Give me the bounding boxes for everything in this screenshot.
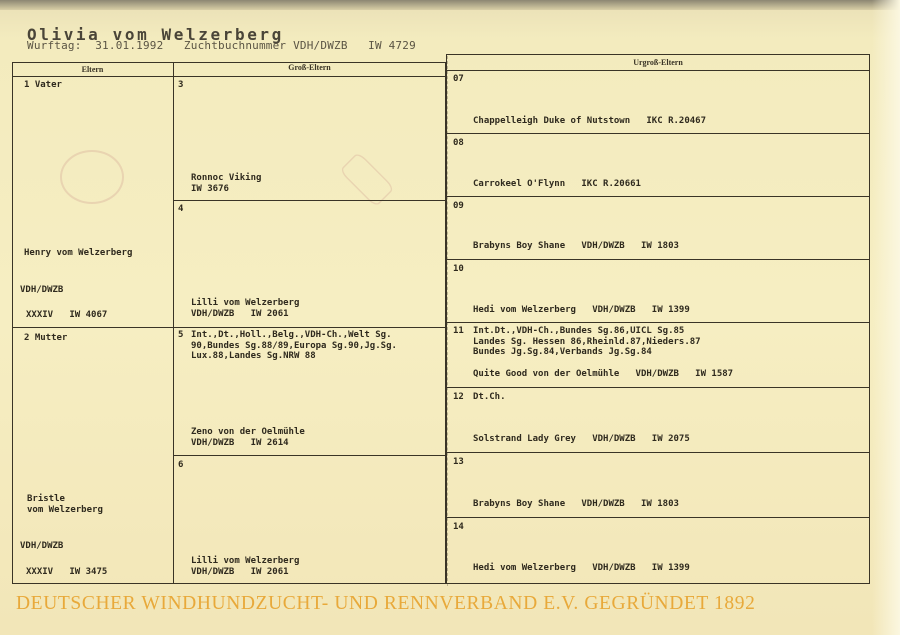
header-great-grandparents: Urgroß-Eltern bbox=[446, 58, 870, 67]
great-grandparent-name: Brabyns Boy Shane VDH/DWZB IW 1803 bbox=[473, 241, 679, 252]
great-grandparent-titles: Dt.Ch. bbox=[473, 392, 506, 403]
scan-top-edge bbox=[0, 0, 900, 10]
grandparent-num: 3 bbox=[178, 80, 183, 91]
parent-registry: VDH/DWZB bbox=[20, 541, 63, 552]
row-divider bbox=[446, 517, 870, 518]
grandparent-name: Ronnoc Viking IW 3676 bbox=[191, 173, 261, 194]
row-divider bbox=[446, 387, 870, 388]
great-grandparent-name: Quite Good von der Oelmühle VDH/DWZB IW … bbox=[473, 369, 733, 380]
great-grandparent-name: Hedi vom Welzerberg VDH/DWZB IW 1399 bbox=[473, 563, 690, 574]
great-grandparent-num: 13 bbox=[453, 457, 464, 468]
great-grandparent-num: 11 bbox=[453, 326, 464, 337]
association-footer: DEUTSCHER WINDHUNDZUCHT- UND RENNVERBAND… bbox=[16, 593, 755, 615]
great-grandparent-name: Solstrand Lady Grey VDH/DWZB IW 2075 bbox=[473, 434, 690, 445]
row-divider bbox=[446, 259, 870, 260]
litter-date-studbook: Wurftag: 31.01.1992 Zuchtbuchnummer VDH/… bbox=[27, 39, 416, 52]
grandparent-num: 6 bbox=[178, 460, 183, 471]
row-divider bbox=[446, 452, 870, 453]
great-grandparent-name: Hedi vom Welzerberg VDH/DWZB IW 1399 bbox=[473, 305, 690, 316]
great-grandparent-num: 12 bbox=[453, 392, 464, 403]
parent-name: Henry vom Welzerberg bbox=[24, 248, 132, 259]
parent-label: 1 Vater bbox=[24, 80, 62, 91]
header-divider bbox=[12, 76, 446, 77]
row-divider bbox=[446, 196, 870, 197]
row-divider bbox=[446, 322, 870, 323]
row-divider bbox=[12, 327, 446, 328]
great-grandparent-num: 10 bbox=[453, 264, 464, 275]
parent-name: Bristle vom Welzerberg bbox=[27, 494, 103, 515]
row-divider bbox=[173, 200, 446, 201]
great-grandparent-name: Brabyns Boy Shane VDH/DWZB IW 1803 bbox=[473, 499, 679, 510]
great-grandparent-name: Carrokeel O'Flynn IKC R.20661 bbox=[473, 179, 641, 190]
great-grandparent-num: 09 bbox=[453, 201, 464, 212]
col-divider bbox=[173, 62, 174, 584]
row-divider bbox=[173, 455, 446, 456]
great-grandparent-titles: Int.Dt.,VDH-Ch.,Bundes Sg.86,UICL Sg.85 … bbox=[473, 326, 701, 358]
great-grandparent-name: Chappelleigh Duke of Nutstown IKC R.2046… bbox=[473, 116, 706, 127]
header-divider bbox=[446, 70, 870, 71]
great-grandparent-num: 07 bbox=[453, 74, 464, 85]
parent-number: XXXIV IW 4067 bbox=[26, 310, 107, 321]
row-divider bbox=[446, 133, 870, 134]
parent-registry: VDH/DWZB bbox=[20, 285, 63, 296]
parent-number: XXXIV IW 3475 bbox=[26, 567, 107, 578]
grandparent-titles: Int.,Dt.,Holl.,Belg.,VDH-Ch.,Welt Sg. 90… bbox=[191, 330, 397, 362]
header-parents: Eltern bbox=[12, 65, 173, 74]
header-grandparents: Groß-Eltern bbox=[173, 63, 446, 72]
grandparent-num: 5 bbox=[178, 330, 183, 341]
great-grandparent-num: 08 bbox=[453, 138, 464, 149]
scan-right-edge bbox=[872, 0, 900, 635]
grandparent-num: 4 bbox=[178, 204, 183, 215]
parent-label: 2 Mutter bbox=[24, 333, 67, 344]
grandparent-name: Zeno von der Oelmühle VDH/DWZB IW 2614 bbox=[191, 427, 305, 448]
grandparent-name: Lilli vom Welzerberg VDH/DWZB IW 2061 bbox=[191, 556, 299, 577]
great-grandparent-num: 14 bbox=[453, 522, 464, 533]
grandparent-name: Lilli vom Welzerberg VDH/DWZB IW 2061 bbox=[191, 298, 299, 319]
